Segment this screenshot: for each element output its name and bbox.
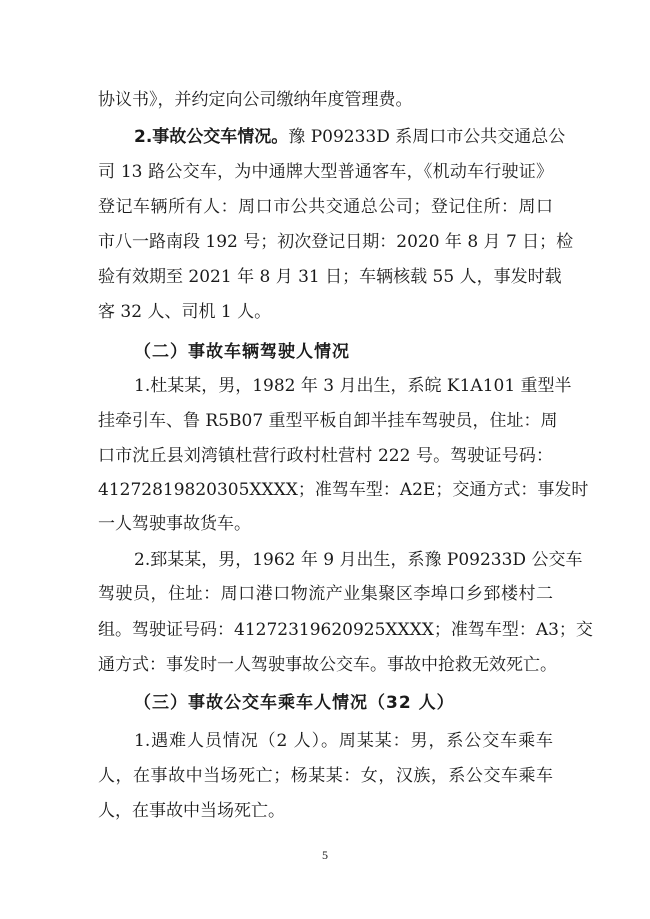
paragraph-line: 41272819820305XXXX；准驾车型：A2E；交通方式：事发时 <box>98 475 553 505</box>
paragraph-line: 协议书》，并约定向公司缴纳年度管理费。 <box>98 85 553 115</box>
page-number: 5 <box>0 848 650 863</box>
paragraph-line: 登记车辆所有人：周口市公共交通总公司；登记住所：周口 <box>98 192 553 222</box>
paragraph-line: 挂牵引车、鲁 R5B07 重型平板自卸半挂车驾驶员，住址：周 <box>98 406 553 436</box>
paragraph-line: 司 13 路公交车，为中通牌大型普通客车，《机动车行驶证》 <box>98 157 553 187</box>
paragraph-line: 驾驶员，住址：周口港口物流产业集聚区李埠口乡郅楼村二 <box>98 579 553 609</box>
paragraph-line: 验有效期至 2021 年 8 月 31 日；车辆核载 55 人，事发时载 <box>98 262 553 292</box>
bold-lead: 2.事故公交车情况。 <box>134 127 288 147</box>
paragraph-text: 豫 P09233D 系周口市公共交通总公 <box>288 127 565 147</box>
paragraph-line: 口市沈丘县刘湾镇杜营行政村杜营村 222 号。驾驶证号码： <box>98 441 553 471</box>
paragraph-line: 一人驾驶事故货车。 <box>98 509 553 539</box>
section-heading-3: （三）事故公交车乘车人情况（32 人） <box>134 688 455 718</box>
paragraph-first-line: 1.遇难人员情况（2 人）。周某某：男，系公交车乘车 <box>134 726 553 756</box>
paragraph-line: 人，在事故中当场死亡；杨某某：女，汉族，系公交车乘车 <box>98 761 553 791</box>
paragraph-line: 人，在事故中当场死亡。 <box>98 796 553 826</box>
paragraph-line: 通方式：事发时一人驾驶事故公交车。事故中抢救无效死亡。 <box>98 650 553 680</box>
paragraph-line: 市八一路南段 192 号；初次登记日期：2020 年 8 月 7 日；检 <box>98 227 553 257</box>
paragraph-first-line: 1.杜某某，男，1982 年 3 月出生，系皖 K1A101 重型半 <box>134 371 553 401</box>
document-page: 协议书》，并约定向公司缴纳年度管理费。 2.事故公交车情况。豫 P09233D … <box>0 0 650 919</box>
paragraph-line: 客 32 人、司机 1 人。 <box>98 297 553 327</box>
paragraph-first-line: 2.事故公交车情况。豫 P09233D 系周口市公共交通总公 <box>134 122 553 152</box>
paragraph-line: 组。驾驶证号码：41272319620925XXXX；准驾车型：A3；交 <box>98 615 553 645</box>
section-heading-2: （二）事故车辆驾驶人情况 <box>134 337 350 367</box>
paragraph-first-line: 2.郅某某，男，1962 年 9 月出生，系豫 P09233D 公交车 <box>134 545 553 575</box>
